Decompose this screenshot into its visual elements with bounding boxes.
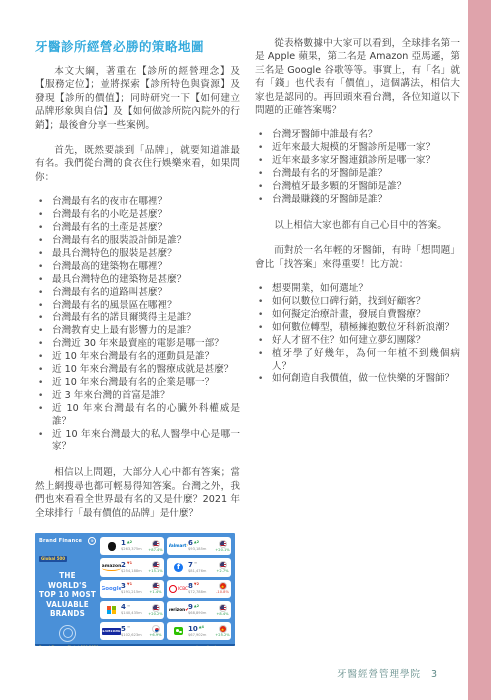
wechat-logo-icon (169, 627, 188, 635)
heading-line: VALUABLE (39, 600, 96, 610)
list-item: 最具台灣特色的建築物是甚麼？ (35, 274, 240, 287)
list-item: 台灣植牙最多顆的牙醫師是誰？ (255, 181, 460, 194)
infographic-footer-strip: Brand Finance Global 500 2021 brandirect… (35, 644, 235, 647)
list-item: 台灣最有名的牙醫師是誰？ (255, 168, 460, 181)
list-item: 植牙學了好幾年，為何一年植不到幾個病人？ (255, 348, 460, 374)
brand-value: $68,890m (188, 612, 206, 616)
list-item: 台灣牙醫師中誰最有名？ (255, 129, 460, 142)
top-10-brands-infographic: Brand Finance ⊕ Global 500 THE WORLD'S T… (35, 533, 235, 646)
list-item: 好人才留不住？如何建立夢幻團隊？ (255, 335, 460, 348)
list-item: 台灣最有名的服裝設計師是誰？ (35, 235, 240, 248)
global-500-badge: Global 500 (39, 556, 67, 562)
brand-card-microsoft: 4＝ $140,435m +20.2% (100, 601, 164, 619)
heading-line: WORLD'S (39, 581, 96, 591)
brand-card-amazon: amazon 2▼1 $254,188m +15.1% (100, 558, 164, 576)
footer-text: 牙醫經營管理學院 (337, 669, 421, 680)
rank-move: ▼2 (194, 583, 199, 587)
brand-change: +15.1% (148, 570, 162, 574)
brand-card-icbc: ICBC 8▼2 $72,788m ★ -10.8% (167, 580, 231, 598)
list-item: 台灣最有名的道路叫甚麼？ (35, 287, 240, 300)
list-item: 近 10 年來台灣最有名的心臟外科權威是誰？ (35, 403, 240, 429)
south-korea-flag-icon (152, 625, 160, 633)
rank: 1 (121, 540, 126, 547)
list-item: 近年來最多家牙醫連鎖診所是哪一家？ (255, 155, 460, 168)
right-question-list-2: 想要開業，如何選址？ 如何以數位口碑行銷，找到好顧客？ 如何擬定治療計畫，發展自… (255, 283, 460, 386)
brand-change: -10.8% (216, 591, 229, 595)
brand-card-samsung: SAMSUNG 5＝ $102,623m +6.9% (100, 622, 164, 640)
rank-move: ▲2 (194, 605, 199, 609)
infographic-heading: THE WORLD'S TOP 10 MOST VALUABLE BRANDS (39, 571, 96, 619)
brand-cards-grid: 1▲2 $263,375m +87.4% amazon 2▼1 $254,188… (98, 533, 235, 644)
brand-card-walmart: Walmart✶ 6▲2 $93,185m +20.1% (167, 537, 231, 555)
left-question-list: 台灣最有名的夜市在哪裡？ 台灣最有名的小吃是甚麼？ 台灣最有名的土產是甚麼？ 台… (35, 196, 240, 454)
left-column: 牙醫診所經營必勝的策略地圖 本文大綱，著重在【診所的經營理念】及【服務定位】；並… (35, 37, 240, 646)
brand-change: +6.9% (149, 634, 161, 638)
rank-move: ▲2 (194, 541, 199, 545)
apple-logo-icon (102, 542, 121, 551)
rank-move: ▼1 (127, 562, 132, 566)
list-item: 台灣最有名的土產是甚麼？ (35, 222, 240, 235)
list-item: 近 10 年來台灣最有名的醫療成就是甚麼？ (35, 364, 240, 377)
page-number: 3 (431, 669, 438, 680)
right-question-list-1: 台灣牙醫師中誰最有名？ 近年來最大規模的牙醫診所是哪一家？ 近年來最多家牙醫連鎖… (255, 129, 460, 206)
facebook-logo-icon: f (169, 563, 188, 572)
list-item: 如何創造自我價值，做一位快樂的牙醫師？ (255, 373, 460, 386)
brand-change: +2.7% (216, 570, 228, 574)
heading-line: BRANDS (39, 609, 96, 619)
brand-card-apple: 1▲2 $263,375m +87.4% (100, 537, 164, 555)
rank-move: ＝ (127, 626, 131, 630)
list-item: 如何數位轉型，積極擁抱數位牙科新浪潮？ (255, 322, 460, 335)
right-paragraph-2: 以上相信大家也都有自己心目中的答案。 (255, 219, 460, 232)
verizon-logo-icon: verizon✔ (169, 607, 188, 613)
amazon-logo-icon: amazon (102, 564, 121, 571)
list-item: 如何擬定治療計畫，發展自費醫療？ (255, 309, 460, 322)
google-logo-icon: Google (102, 586, 121, 592)
heading-line: TOP 10 MOST (39, 590, 96, 600)
rank: 9 (188, 604, 193, 611)
left-paragraph-1: 本文大綱，著重在【診所的經營理念】及【服務定位】；並將探索【診所特色與資源】及發… (35, 65, 240, 132)
brand-finance-logo-text: Brand Finance (39, 538, 82, 544)
right-column: 從表格數據中大家可以看到，全球排名第一是 Apple 蘋果，第二名是 Amazo… (255, 37, 460, 646)
us-flag-icon (152, 540, 160, 548)
list-item: 最具台灣特色的服裝是甚麼？ (35, 248, 240, 261)
samsung-logo-icon: SAMSUNG (102, 628, 121, 635)
rank: 3 (121, 583, 126, 590)
china-flag-icon: ★ (219, 625, 227, 633)
brand-finance-logo: Brand Finance ⊕ Global 500 (39, 537, 96, 564)
rank-move: ▲4 (199, 626, 204, 630)
walmart-logo-icon: Walmart✶ (169, 543, 188, 549)
rank-move: ＝ (127, 605, 131, 609)
left-paragraph-3: 相信以上問題，大部分人心中都有答案；當然上網搜尋也都可輕易得知答案。台灣之外，我… (35, 466, 240, 520)
infographic-body: Brand Finance ⊕ Global 500 THE WORLD'S T… (35, 533, 235, 644)
brand-change: +20.1% (215, 549, 229, 553)
brand-value: $93,185m (188, 548, 206, 552)
microsoft-logo-icon (102, 606, 121, 615)
list-item: 台灣最有名的夜市在哪裡？ (35, 196, 240, 209)
two-column-content: 牙醫診所經營必勝的策略地圖 本文大綱，著重在【診所的經營理念】及【服務定位】；並… (35, 37, 460, 646)
china-flag-icon: ★ (219, 582, 227, 590)
icbc-logo-icon: ICBC (169, 585, 188, 593)
infographic-left-panel: Brand Finance ⊕ Global 500 THE WORLD'S T… (35, 533, 98, 644)
us-flag-icon (219, 561, 227, 569)
list-item: 台灣最有名的諾貝爾獎得主是誰？ (35, 312, 240, 325)
right-paragraph-3: 而對於一名年輕的牙醫師，有時「想問題」會比「找答案」來得重要！比方說： (255, 244, 460, 271)
rank-move: ▲2 (127, 541, 132, 545)
brand-change: +25.2% (215, 634, 229, 638)
page-footer: 牙醫經營管理學院3 (337, 666, 438, 680)
brand-card-google: Google 3▼1 $191,215m +1.4% (100, 580, 164, 598)
infographic-source-text: Brand Finance Global 500 2021 (39, 644, 99, 647)
list-item: 台灣最有名的小吃是甚麼？ (35, 209, 240, 222)
page-title: 牙醫診所經營必勝的策略地圖 (35, 37, 240, 55)
rank: 5 (121, 626, 126, 633)
us-flag-icon (152, 604, 160, 612)
rank: 10 (188, 626, 198, 633)
brand-card-verizon: verizon✔ 9▲2 $68,890m +8.4% (167, 601, 231, 619)
brand-value: $254,188m (121, 570, 142, 574)
list-item: 近年來最大規模的牙醫診所是哪一家？ (255, 142, 460, 155)
brand-value: $263,375m (121, 548, 142, 552)
brand-card-wechat: 10▲4 $67,902m ★ +25.2% (167, 622, 231, 640)
brand-value: $67,902m (188, 634, 206, 638)
brand-change: +20.2% (148, 613, 162, 617)
brand-value: $140,435m (121, 612, 142, 616)
list-item: 近 10 年來台灣最有名的企業是哪一？ (35, 377, 240, 390)
list-item: 台灣最高的建築物在哪裡？ (35, 261, 240, 274)
us-flag-icon (219, 604, 227, 612)
list-item: 台灣最賺錢的牙醫師是誰？ (255, 194, 460, 207)
list-item: 台灣教育史上最有影響力的是誰？ (35, 325, 240, 338)
brand-finance-badge-icon (59, 625, 76, 642)
rank: 8 (188, 583, 193, 590)
right-paragraph-1: 從表格數據中大家可以看到，全球排名第一是 Apple 蘋果，第二名是 Amazo… (255, 37, 460, 117)
brand-card-facebook: f 7＝ $81,476m +2.7% (167, 558, 231, 576)
document-page: 牙醫診所經營必勝的策略地圖 本文大綱，著重在【診所的經營理念】及【服務定位】；並… (0, 0, 494, 700)
globe-icon: ⊕ (88, 537, 96, 545)
right-accent-bar (468, 0, 491, 700)
us-flag-icon (152, 561, 160, 569)
rank: 4 (121, 604, 126, 611)
brand-value: $102,623m (121, 634, 142, 638)
brand-value: $72,788m (188, 591, 206, 595)
rank: 6 (188, 540, 193, 547)
us-flag-icon (219, 540, 227, 548)
rank: 7 (188, 562, 193, 569)
brand-change: +87.4% (148, 549, 162, 553)
brand-value: $191,215m (121, 591, 142, 595)
brand-change: +1.4% (149, 591, 161, 595)
list-item: 台灣近 30 年來最賣座的電影是哪一部？ (35, 338, 240, 351)
brand-change: +8.4% (216, 613, 228, 617)
left-paragraph-2: 首先，既然要談到「品牌」，就要知道誰最有名。我們從台灣的食衣住行娛樂來看，如果問… (35, 144, 240, 184)
list-item: 台灣最有名的風景區在哪裡？ (35, 300, 240, 313)
list-item: 近 10 年來台灣最大的私人醫學中心是哪一家？ (35, 429, 240, 455)
rank-move: ▼1 (127, 583, 132, 587)
list-item: 想要開業，如何選址？ (255, 283, 460, 296)
list-item: 如何以數位口碑行銷，找到好顧客？ (255, 296, 460, 309)
rank-move: ＝ (194, 562, 198, 566)
list-item: 近 10 年來台灣最有名的運動員是誰？ (35, 351, 240, 364)
heading-line: THE (39, 571, 96, 581)
us-flag-icon (152, 582, 160, 590)
infographic-site-text: brandirectory.com (197, 644, 231, 647)
rank: 2 (121, 562, 126, 569)
list-item: 近 3 年來台灣的首富是誰？ (35, 390, 240, 403)
brand-value: $81,476m (188, 570, 206, 574)
